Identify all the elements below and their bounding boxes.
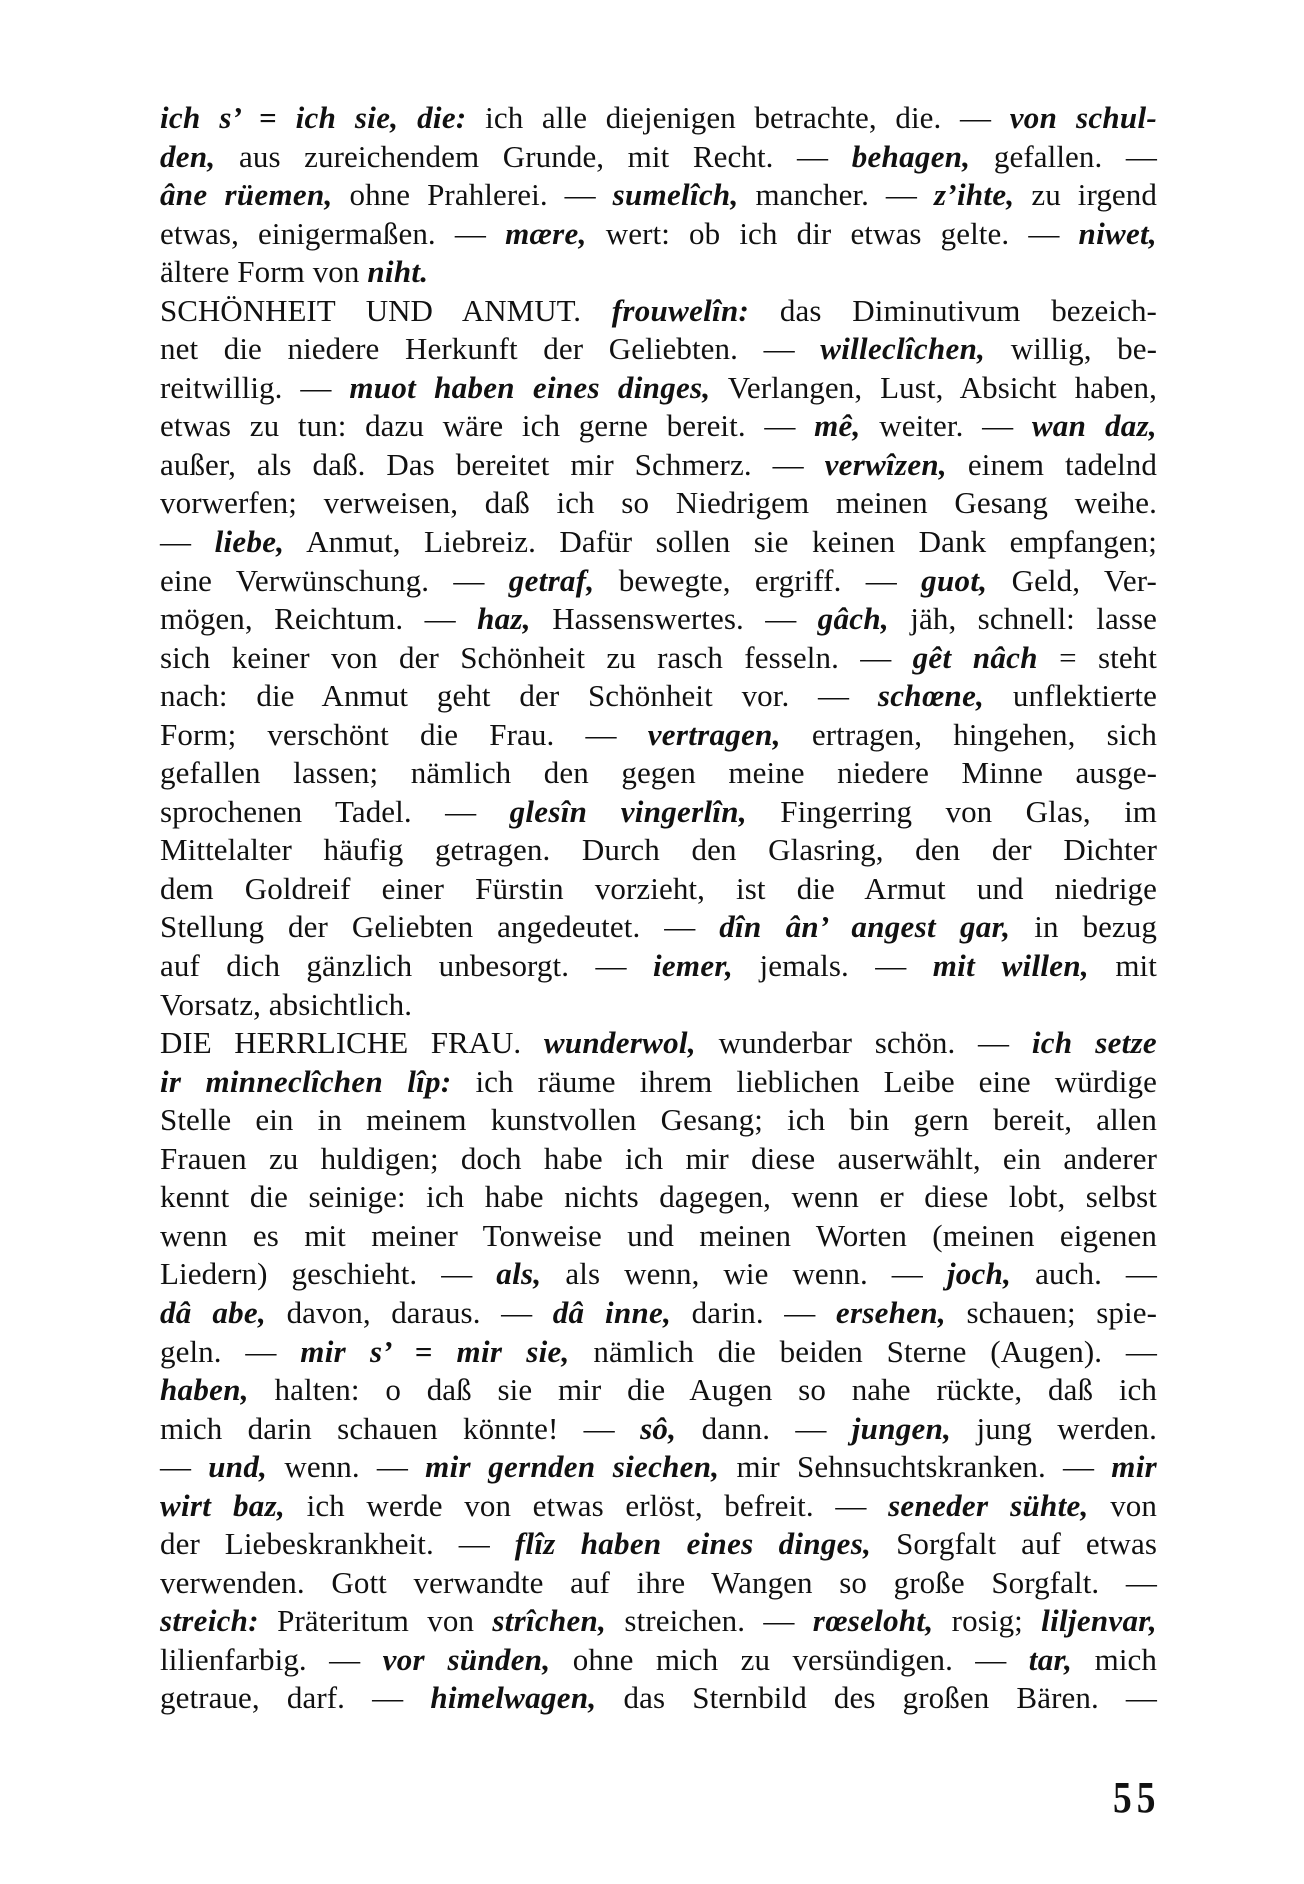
gloss-text: wert: ob ich dir etwas gelte. — [587, 216, 1079, 251]
headword: von schul- [1010, 100, 1157, 135]
headword: willeclîchen, [820, 331, 985, 366]
headword: mir [1111, 1449, 1157, 1484]
gloss-text: mögen, Reichtum. — [160, 601, 477, 636]
text-line: sich keiner von der Schönheit zu rasch f… [160, 639, 1157, 678]
text-line: Frauen zu huldigen; doch habe ich mir di… [160, 1140, 1157, 1179]
headword: haz, [477, 601, 531, 636]
text-line: getraue, darf. — himelwagen, das Sternbi… [160, 1679, 1157, 1718]
gloss-text: wenn. — [267, 1449, 425, 1484]
headword: guot, [921, 563, 987, 598]
headword: joch, [947, 1256, 1011, 1291]
gloss-text: jäh, schnell: lasse [889, 601, 1157, 636]
gloss-text: ertragen, hingehen, sich [781, 717, 1157, 752]
headword: z’ihte, [934, 177, 1014, 212]
gloss-text: Geld, Ver- [987, 563, 1157, 598]
gloss-text: willig, be- [985, 331, 1157, 366]
text-line: reitwillig. — muot haben eines dinges, V… [160, 369, 1157, 408]
text-line: außer, als daß. Das bereitet mir Schmerz… [160, 446, 1157, 485]
text-line: Vorsatz, absichtlich. [160, 986, 1157, 1025]
gloss-text: reitwillig. — [160, 370, 349, 405]
text-line: lilienfarbig. — vor sünden, ohne mich zu… [160, 1641, 1157, 1680]
headword: liebe, [215, 524, 285, 559]
gloss-text: ohne Prahlerei. — [333, 177, 613, 212]
text-line: — liebe, Anmut, Liebreiz. Dafür sollen s… [160, 523, 1157, 562]
gloss-text: rosig; [933, 1603, 1041, 1638]
headword: gâch, [818, 601, 889, 636]
gloss-text: geln. — [160, 1334, 300, 1369]
headword: mir gernden siechen, [425, 1449, 719, 1484]
gloss-text: schauen; spie- [946, 1295, 1157, 1330]
text-line: wirt baz, ich werde von etwas erlöst, be… [160, 1487, 1157, 1526]
headword: wan daz, [1032, 408, 1157, 443]
gloss-text: einem tadelnd [947, 447, 1157, 482]
gloss-text: unflektierte [984, 678, 1157, 713]
headword: glesîn vingerlîn, [510, 794, 747, 829]
text-line: etwas, einigermaßen. — mære, wert: ob ic… [160, 215, 1157, 254]
text-line: dem Goldreif einer Fürstin vorzieht, ist… [160, 870, 1157, 909]
headword: jungen, [852, 1411, 951, 1446]
gloss-text: darin. — [671, 1295, 836, 1330]
gloss-text: ohne mich zu versündigen. — [550, 1642, 1028, 1677]
headword: vor sünden, [383, 1642, 551, 1677]
gloss-text [521, 1025, 544, 1060]
gloss-text: gefallen. — [970, 139, 1157, 174]
gloss-text: mir Sehnsuchtskranken. — [719, 1449, 1111, 1484]
gloss-text: bewegte, ergriff. — [594, 563, 921, 598]
section-heading: DIE HERRLICHE FRAU. [160, 1025, 521, 1060]
gloss-text: der Liebeskrankheit. — [160, 1526, 515, 1561]
gloss-text: Stelle ein in meinem kunstvollen Gesang;… [160, 1102, 1157, 1137]
gloss-text: mit [1089, 948, 1157, 983]
headword: verwîzen, [825, 447, 947, 482]
text-line: mich darin schauen könnte! — sô, dann. —… [160, 1410, 1157, 1449]
text-line: der Liebeskrankheit. — flîz haben eines … [160, 1525, 1157, 1564]
gloss-text: als wenn, wie wenn. — [541, 1256, 946, 1291]
gloss-text: verwenden. Gott verwandte auf ihre Wange… [160, 1565, 1157, 1600]
headword: vertragen, [648, 717, 781, 752]
headword: schœne, [878, 678, 984, 713]
text-line: Stelle ein in meinem kunstvollen Gesang;… [160, 1101, 1157, 1140]
gloss-text: Sorgfalt auf etwas [871, 1526, 1157, 1561]
headword: als, [496, 1256, 541, 1291]
gloss-text: in bezug [1010, 909, 1157, 944]
text-line: net die niedere Herkunft der Geliebten. … [160, 330, 1157, 369]
text-line: Mittelalter häufig getragen. Durch den G… [160, 831, 1157, 870]
text-line: den, aus zureichendem Grunde, mit Recht.… [160, 138, 1157, 177]
headword: dâ abe, [160, 1295, 266, 1330]
gloss-text [581, 293, 612, 328]
gloss-text: mich darin schauen könnte! — [160, 1411, 640, 1446]
gloss-text: halten: o daß sie mir die Augen so nahe … [249, 1372, 1157, 1407]
text-line: Form; verschönt die Frau. — vertragen, e… [160, 716, 1157, 755]
gloss-text: Präteritum von [259, 1603, 492, 1638]
gloss-text: Verlangen, Lust, Absicht haben, [710, 370, 1157, 405]
gloss-text: weiter. — [861, 408, 1032, 443]
headword: seneder sühte, [888, 1488, 1089, 1523]
text-line: gefallen lassen; nämlich den gegen meine… [160, 754, 1157, 793]
headword: sumelîch, [613, 177, 739, 212]
gloss-text: aus zureichendem Grunde, mit Recht. — [215, 139, 851, 174]
headword: behagen, [852, 139, 971, 174]
gloss-text: — [160, 1449, 208, 1484]
text-line: âne rüemen, ohne Prahlerei. — sumelîch, … [160, 176, 1157, 215]
gloss-text: — [160, 524, 215, 559]
headword: mære, [505, 216, 587, 251]
gloss-text: gefallen lassen; nämlich den gegen meine… [160, 755, 1157, 790]
headword: sô, [640, 1411, 676, 1446]
headword: ich s’ = ich sie, die: [160, 100, 467, 135]
text-line: DIE HERRLICHE FRAU. wunderwol, wunderbar… [160, 1024, 1157, 1063]
headword: gêt nâch [913, 640, 1038, 675]
gloss-text: nach: die Anmut geht der Schönheit vor. … [160, 678, 878, 713]
headword: niwet, [1079, 216, 1157, 251]
headword: strîchen, [492, 1603, 606, 1638]
gloss-text: dann. — [676, 1411, 851, 1446]
headword: dîn ân’ angest gar, [719, 909, 1010, 944]
gloss-text: auf dich gänzlich unbesorgt. — [160, 948, 653, 983]
gloss-text: mich [1072, 1642, 1157, 1677]
text-line: ältere Form von niht. [160, 253, 1157, 292]
headword: ersehen, [836, 1295, 946, 1330]
headword: frouwelîn: [612, 293, 749, 328]
text-line: ich s’ = ich sie, die: ich alle diejenig… [160, 99, 1157, 138]
gloss-text: das Sternbild des großen Bären. — [596, 1680, 1157, 1715]
headword: wunderwol, [544, 1025, 696, 1060]
gloss-text: auch. — [1011, 1256, 1157, 1291]
gloss-text: Vorsatz, absichtlich. [160, 987, 412, 1022]
headword: ir minneclîchen lîp: [160, 1064, 451, 1099]
gloss-text: streichen. — [606, 1603, 813, 1638]
gloss-text: ich werde von etwas erlöst, befreit. — [285, 1488, 888, 1523]
gloss-text: vorwerfen; verweisen, daß ich so Niedrig… [160, 485, 1157, 520]
headword: getraf, [509, 563, 595, 598]
text-line: streich: Präteritum von strîchen, streic… [160, 1602, 1157, 1641]
gloss-text: wenn es mit meiner Tonweise und meinen W… [160, 1218, 1157, 1253]
text-line: etwas zu tun: dazu wäre ich gerne bereit… [160, 407, 1157, 446]
gloss-text: = steht [1038, 640, 1157, 675]
gloss-text: net die niedere Herkunft der Geliebten. … [160, 331, 820, 366]
text-line: haben, halten: o daß sie mir die Augen s… [160, 1371, 1157, 1410]
gloss-text: jung werden. [951, 1411, 1157, 1446]
gloss-text: Hassenswertes. — [531, 601, 818, 636]
section-heading: SCHÖNHEIT UND ANMUT. [160, 293, 581, 328]
gloss-text: Form; verschönt die Frau. — [160, 717, 648, 752]
gloss-text: eine Verwünschung. — [160, 563, 509, 598]
gloss-text: kennt die seinige: ich habe nichts dageg… [160, 1179, 1157, 1214]
headword: niht. [367, 254, 428, 289]
book-page: ich s’ = ich sie, die: ich alle diejenig… [0, 0, 1304, 1884]
headword: ich setze [1032, 1025, 1157, 1060]
headword: liljenvar, [1041, 1603, 1157, 1638]
text-line: Liedern) geschieht. — als, als wenn, wie… [160, 1255, 1157, 1294]
headword: muot haben eines dinges, [349, 370, 710, 405]
gloss-text: nämlich die beiden Sterne (Augen). — [570, 1334, 1157, 1369]
text-line: verwenden. Gott verwandte auf ihre Wange… [160, 1564, 1157, 1603]
text-line: SCHÖNHEIT UND ANMUT. frouwelîn: das Dimi… [160, 292, 1157, 331]
headword: wirt baz, [160, 1488, 285, 1523]
text-line: sprochenen Tadel. — glesîn vingerlîn, Fi… [160, 793, 1157, 832]
text-line: dâ abe, davon, daraus. — dâ inne, darin.… [160, 1294, 1157, 1333]
gloss-text: sprochenen Tadel. — [160, 794, 510, 829]
gloss-text: jemals. — [733, 948, 933, 983]
headword: tar, [1029, 1642, 1072, 1677]
text-line: nach: die Anmut geht der Schönheit vor. … [160, 677, 1157, 716]
headword: himelwagen, [430, 1680, 596, 1715]
gloss-text: lilienfarbig. — [160, 1642, 383, 1677]
gloss-text: getraue, darf. — [160, 1680, 430, 1715]
headword: streich: [160, 1603, 259, 1638]
headword: âne rüemen, [160, 177, 333, 212]
gloss-text: Fingerring von Glas, im [747, 794, 1157, 829]
text-line: eine Verwünschung. — getraf, bewegte, er… [160, 562, 1157, 601]
headword: iemer, [653, 948, 733, 983]
gloss-text: Mittelalter häufig getragen. Durch den G… [160, 832, 1157, 867]
text-line: ir minneclîchen lîp: ich räume ihrem lie… [160, 1063, 1157, 1102]
headword: flîz haben eines dinges, [515, 1526, 871, 1561]
text-line: auf dich gänzlich unbesorgt. — iemer, je… [160, 947, 1157, 986]
text-line: kennt die seinige: ich habe nichts dageg… [160, 1178, 1157, 1217]
headword: und, [208, 1449, 267, 1484]
gloss-text: Stellung der Geliebten angedeutet. — [160, 909, 719, 944]
gloss-text: außer, als daß. Das bereitet mir Schmerz… [160, 447, 825, 482]
text-line: geln. — mir s’ = mir sie, nämlich die be… [160, 1333, 1157, 1372]
gloss-text: davon, daraus. — [266, 1295, 553, 1330]
gloss-text: zu irgend [1014, 177, 1157, 212]
glossary-text-block: ich s’ = ich sie, die: ich alle diejenig… [160, 99, 1157, 1718]
headword: mit willen, [933, 948, 1089, 983]
headword: haben, [160, 1372, 249, 1407]
headword: mê, [814, 408, 861, 443]
text-line: mögen, Reichtum. — haz, Hassenswertes. —… [160, 600, 1157, 639]
gloss-text: ältere Form von [160, 254, 367, 289]
headword: rœseloht, [813, 1603, 934, 1638]
gloss-text: das Diminutivum bezeich- [749, 293, 1157, 328]
gloss-text: ich alle diejenigen betrachte, die. — [467, 100, 1010, 135]
gloss-text: Frauen zu huldigen; doch habe ich mir di… [160, 1141, 1157, 1176]
page-number: 55 [1113, 1772, 1161, 1823]
text-line: Stellung der Geliebten angedeutet. — dîn… [160, 908, 1157, 947]
gloss-text: Liedern) geschieht. — [160, 1256, 496, 1291]
text-line: — und, wenn. — mir gernden siechen, mir … [160, 1448, 1157, 1487]
gloss-text: etwas, einigermaßen. — [160, 216, 505, 251]
gloss-text: dem Goldreif einer Fürstin vorzieht, ist… [160, 871, 1157, 906]
headword: den, [160, 139, 215, 174]
gloss-text: ich räume ihrem lieblichen Leibe eine wü… [451, 1064, 1157, 1099]
headword: dâ inne, [553, 1295, 671, 1330]
gloss-text: etwas zu tun: dazu wäre ich gerne bereit… [160, 408, 814, 443]
gloss-text: mancher. — [739, 177, 934, 212]
gloss-text: Anmut, Liebreiz. Dafür sollen sie keinen… [284, 524, 1157, 559]
text-line: wenn es mit meiner Tonweise und meinen W… [160, 1217, 1157, 1256]
gloss-text: wunderbar schön. — [696, 1025, 1032, 1060]
gloss-text: von [1089, 1488, 1157, 1523]
headword: mir s’ = mir sie, [300, 1334, 569, 1369]
text-line: vorwerfen; verweisen, daß ich so Niedrig… [160, 484, 1157, 523]
gloss-text: sich keiner von der Schönheit zu rasch f… [160, 640, 913, 675]
